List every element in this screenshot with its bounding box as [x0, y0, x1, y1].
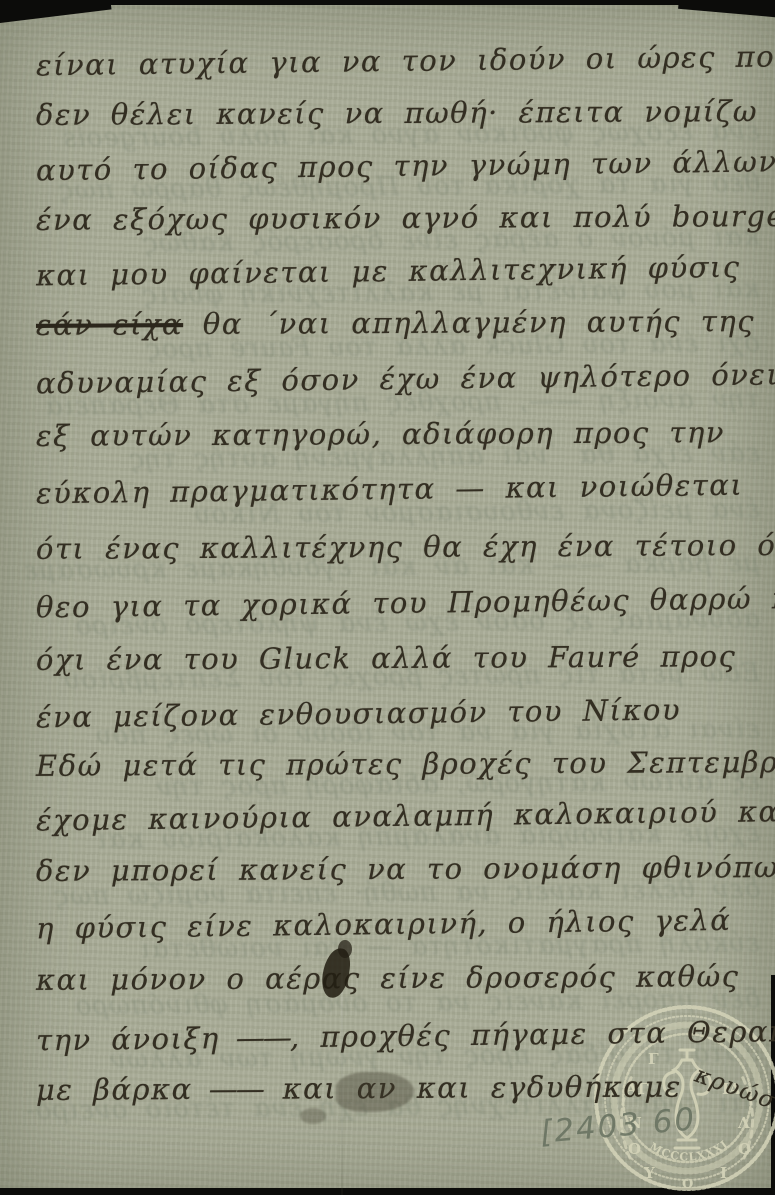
manuscript-line: αδυναμίας εξ όσον έχω ένα ψηλότερο όνειρ… [36, 352, 753, 407]
manuscript-line: δεν θέλει κανείς να πωθή· έπειτα νομίζω … [36, 88, 752, 138]
manuscript-line: θεο για τα χορικά του Προμηθέως θαρρώ πω… [36, 576, 753, 631]
manuscript-line: αυτό το οίδας προς την γνώμη των άλλων [36, 139, 753, 194]
manuscript-line: εύκολη πραγματικότητα — και νοιώθεται [36, 462, 753, 517]
manuscript-line: την άνοιξη ——, προχθές πήγαμε στα Θεραπε… [36, 1009, 753, 1064]
manuscript-line: όχι ένα του Gluck αλλά του Fauré προς [36, 633, 752, 683]
manuscript-line: και μόνον ο αέρας είνε δροσερός καθώς [36, 953, 752, 1003]
manuscript-line: η φύσις είνε καλοκαιρινή, ο ήλιος γελά [36, 897, 753, 952]
manuscript-line: ότι ένας καλλιτέχνης θα έχη ένα τέτοιο ό… [36, 522, 752, 572]
manuscript-line: ένα εξόχως φυσικόν αγνό και πολύ bourgeo… [36, 193, 752, 243]
manuscript-page: ένα εξόχως φυσικόν αγνό και πολύ bourgeo… [0, 0, 775, 1195]
manuscript-line: ένα μείζονα ενθουσιασμόν του Νίκου [36, 686, 753, 741]
ink-blot [338, 940, 352, 958]
manuscript-line: έχομε καινούρια αναλαμπή καλοκαιριού και [36, 789, 753, 844]
manuscript-line: είναι ατυχία για να τον ιδούν οι ώρες πο… [36, 34, 753, 89]
manuscript-line: εξ αυτών κατηγορώ, αδιάφορη προς την [36, 409, 752, 459]
manuscript-line: δεν μπορεί κανείς να το ονομάση φθινόπωρ… [36, 844, 752, 894]
manuscript-lines: είναι ατυχία για να τον ιδούν οι ώρες πο… [0, 0, 775, 1195]
manuscript-line: εάν είχα θα ΄ναι απηλλαγμένη αυτής της [36, 298, 752, 348]
ink-smudge [300, 1108, 326, 1124]
manuscript-line: και μου φαίνεται με καλλιτεχνική φύσις [36, 244, 753, 299]
manuscript-line: Εδώ μετά τις πρώτες βροχές του Σεπτεμβρί… [36, 739, 752, 789]
